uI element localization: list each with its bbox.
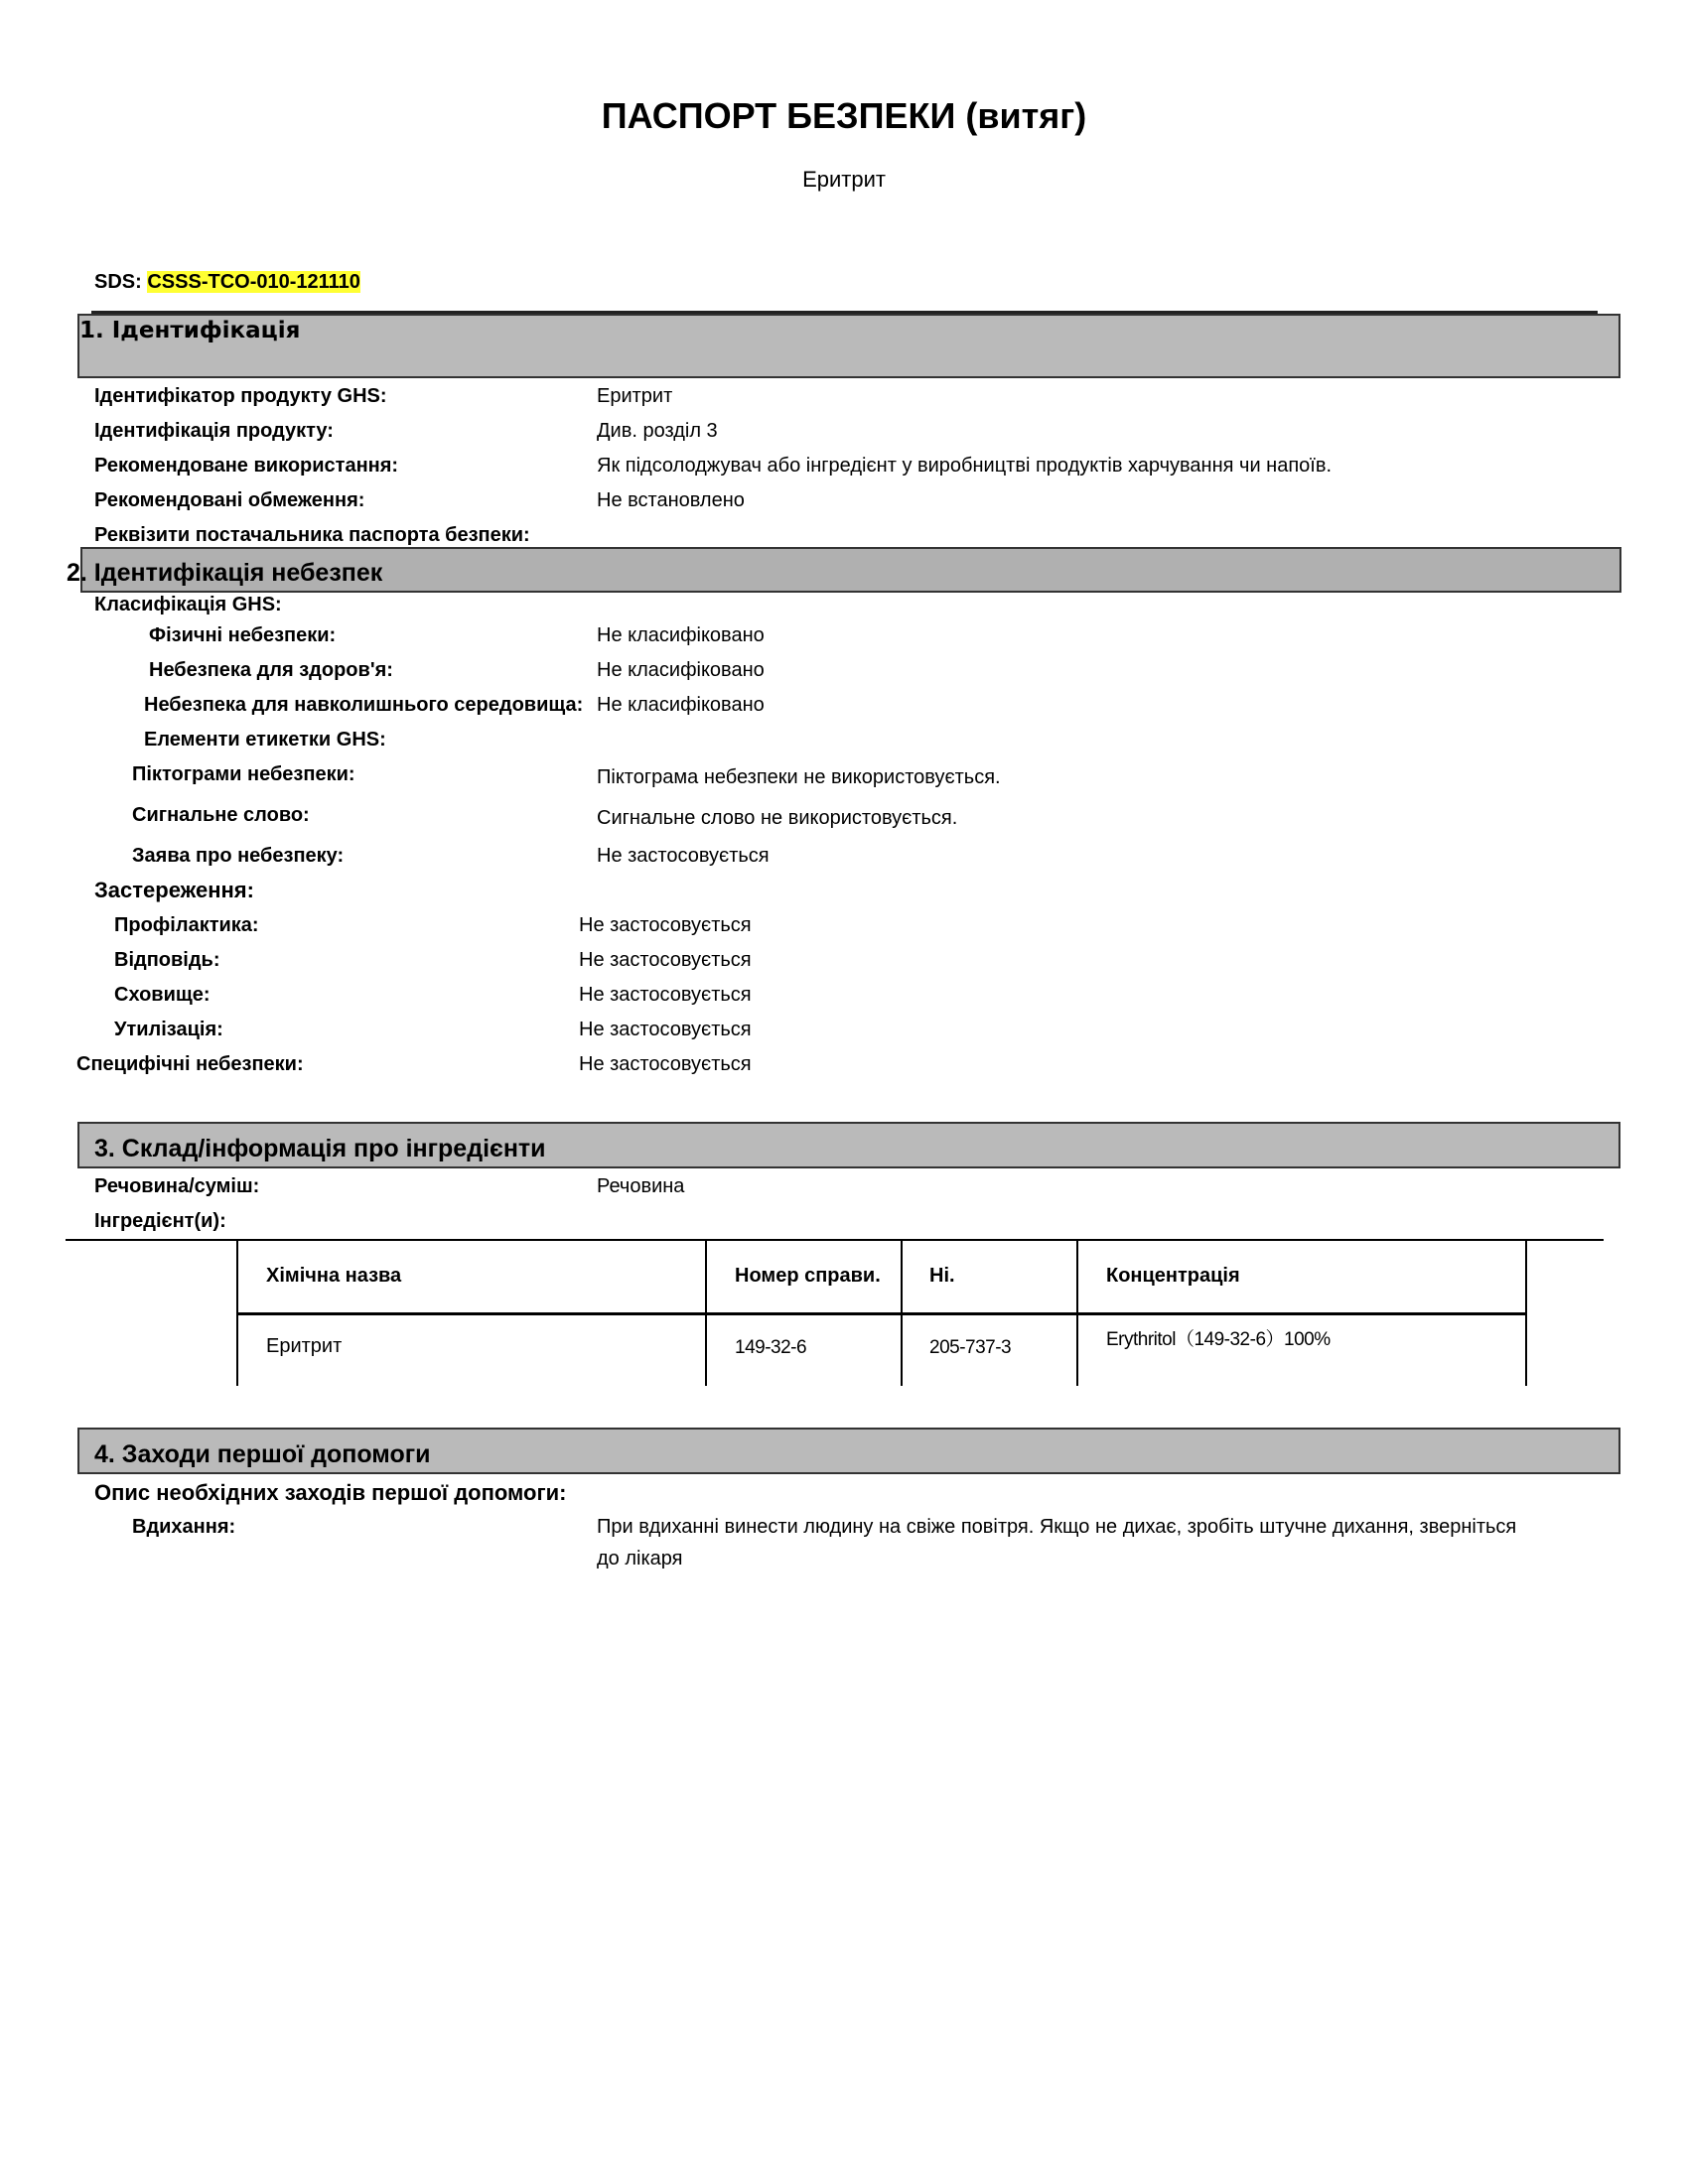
table-header-rule [236,1312,1527,1315]
value-disposal: Не застосовується [579,1019,752,1041]
label-inhalation: Вдихання: [132,1516,235,1539]
value-signal-word: Сигнальне слово не використовується. [597,807,957,830]
table-border-right [1525,1239,1527,1386]
value-inhalation-line1: При вдиханні винести людину на свіже пов… [597,1516,1516,1539]
label-prevention: Профілактика: [114,914,259,937]
value-health-hazards: Не класифіковано [597,659,765,682]
value-environmental-hazards: Не класифіковано [597,694,765,717]
table-header-ec-number: Ні. [929,1265,955,1288]
label-first-aid-description: Опис необхідних заходів першої допомоги: [94,1480,567,1506]
sds-code: CSSS-TCO-010-121110 [147,271,360,293]
document-title: ПАСПОРТ БЕЗПЕКИ (витяг) [0,95,1688,137]
label-physical-hazards: Фізичні небезпеки: [149,624,336,647]
label-ghs-product-identifier: Ідентифікатор продукту GHS: [94,385,387,408]
table-header-concentration: Концентрація [1106,1265,1240,1288]
label-environmental-hazards: Небезпека для навколишнього середовища: [144,694,583,717]
value-response: Не застосовується [579,949,752,972]
section1-header-bar [77,314,1620,378]
value-inhalation-line2: до лікаря [597,1548,683,1570]
table-column-divider [705,1239,707,1386]
label-recommended-restrictions: Рекомендовані обмеження: [94,489,364,512]
sds-identifier: SDS: CSSS-TCO-010-121110 [94,271,360,294]
label-ingredients: Інгредієнт(и): [94,1210,226,1233]
value-recommended-restrictions: Не встановлено [597,489,745,512]
table-cell-ec-number: 205-737-3 [929,1337,1011,1359]
value-storage: Не застосовується [579,984,752,1007]
label-ghs-label-elements: Елементи етикетки GHS: [144,729,386,751]
label-disposal: Утилізація: [114,1019,223,1041]
label-signal-word: Сигнальне слово: [132,804,310,827]
value-product-identification: Див. розділ 3 [597,420,718,443]
table-border-left [236,1239,238,1386]
section3-title: 3. Склад/інформація про інгредієнти [94,1135,546,1163]
value-recommended-use: Як підсолоджувач або інгредієнт у виробн… [597,455,1332,478]
table-column-divider [901,1239,903,1386]
label-hazard-statement: Заява про небезпеку: [132,845,344,868]
sds-label: SDS: [94,271,142,293]
section1-title: 1. Ідентифікація [79,318,300,343]
value-prevention: Не застосовується [579,914,752,937]
product-name: Еритрит [0,167,1688,193]
value-specific-hazards: Не застосовується [579,1053,752,1076]
value-physical-hazards: Не класифіковано [597,624,765,647]
table-top-rule [66,1239,1604,1241]
value-ghs-product-identifier: Еритрит [597,385,672,408]
table-header-cas-number: Номер справи. [735,1265,881,1288]
label-hazard-pictograms: Піктограми небезпеки: [132,763,355,786]
table-cell-cas-number: 149-32-6 [735,1337,806,1359]
label-product-identification: Ідентифікація продукту: [94,420,334,443]
label-response: Відповідь: [114,949,220,972]
label-specific-hazards: Специфічні небезпеки: [76,1053,304,1076]
label-storage: Сховище: [114,984,211,1007]
label-health-hazards: Небезпека для здоров'я: [149,659,393,682]
table-cell-concentration: Erythritol（149-32-6）100% [1106,1324,1331,1351]
table-cell-chemical-name: Еритрит [266,1335,342,1358]
label-supplier-details: Реквізити постачальника паспорта безпеки… [94,524,530,547]
label-substance-mixture: Речовина/суміш: [94,1175,259,1198]
section4-title: 4. Заходи першої допомоги [94,1440,431,1469]
value-hazard-pictograms: Піктограма небезпеки не використовується… [597,766,1001,789]
table-header-chemical-name: Хімічна назва [266,1265,401,1288]
section2-title: 2. Ідентифікація небезпек [67,559,382,588]
value-hazard-statement: Не застосовується [597,845,770,868]
table-column-divider [1076,1239,1078,1386]
label-precautions: Застереження: [94,878,254,903]
label-recommended-use: Рекомендоване використання: [94,455,398,478]
label-ghs-classification: Класифікація GHS: [94,594,282,616]
value-substance-mixture: Речовина [597,1175,684,1198]
